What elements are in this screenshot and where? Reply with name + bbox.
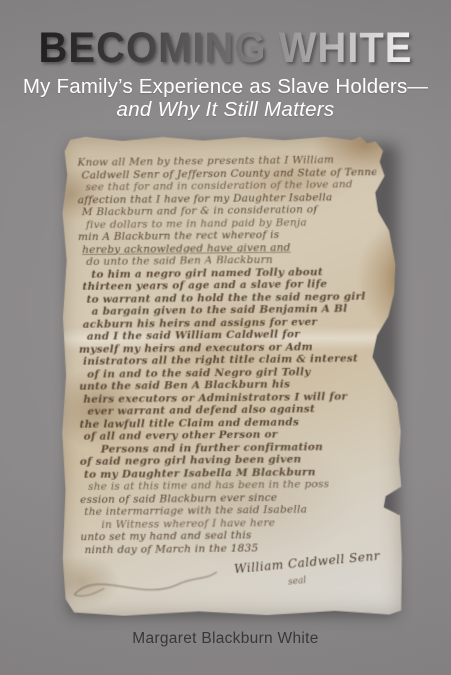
deed-document-photo: Know all Men by these presents that I Wi… (62, 136, 403, 616)
book-subtitle-line1: My Family’s Experience as Slave Holders— (0, 75, 451, 99)
book-cover: BECOMING WHITE My Family’s Experience as… (0, 0, 451, 675)
book-title: BECOMING WHITE (0, 27, 451, 69)
author-name: Margaret Blackburn White (0, 630, 451, 648)
ink-flourish (70, 562, 221, 605)
book-subtitle-line2: and Why It Still Matters (0, 98, 451, 122)
deed-seal-note: seal (287, 576, 306, 588)
handwritten-deed-text: Know all Men by these presents that I Wi… (77, 153, 381, 556)
